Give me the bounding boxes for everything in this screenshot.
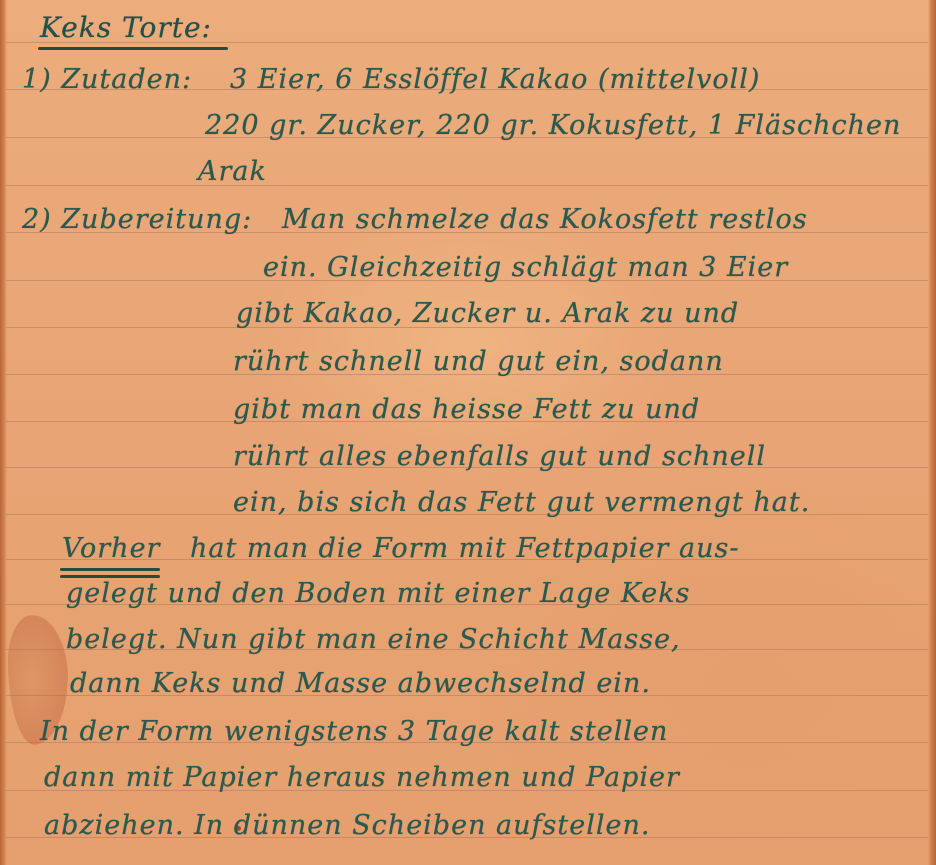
preparation-line: gibt Kakao, Zucker u. Arak zu und: [236, 300, 739, 327]
closing-line: belegt. Nun gibt man eine Schicht Masse,: [66, 626, 681, 653]
emphasis-word-vorher: Vorher: [62, 535, 160, 562]
recipe-title: Keks Torte:: [40, 14, 212, 42]
page-binding-edge-left: [0, 0, 7, 865]
notebook-page: Keks Torte: 1) Zutaden: 3 Eier, 6 Esslöf…: [0, 0, 936, 865]
emphasis-underline: [60, 568, 160, 571]
preparation-line: ein. Gleichzeitig schlägt man 3 Eier: [263, 254, 788, 281]
ingredients-line: Arak: [198, 158, 267, 185]
closing-line: gelegt und den Boden mit einer Lage Keks: [66, 580, 690, 607]
preparation-line: gibt man das heisse Fett zu und: [233, 396, 700, 423]
ingredients-line: 220 gr. Zucker, 220 gr. Kokusfett, 1 Flä…: [205, 112, 901, 139]
closing-line: dann Keks und Masse abwechselnd ein.: [70, 670, 651, 697]
ingredients-line: 3 Eier, 6 Esslöffel Kakao (mittelvoll): [230, 66, 760, 93]
preparation-label: 2) Zubereitung:: [22, 206, 252, 233]
closing-line: dann mit Papier heraus nehmen und Papier: [44, 764, 680, 791]
page-edge-right: [928, 0, 936, 865]
ruled-line: [6, 185, 928, 186]
ingredients-label: 1) Zutaden:: [22, 66, 192, 93]
closing-line: In der Form wenigstens 3 Tage kalt stell…: [40, 718, 668, 745]
title-underline: [38, 47, 228, 50]
closing-line: abziehen. In dünnen Scheiben aufstellen.: [44, 812, 650, 839]
preparation-line: rührt alles ebenfalls gut und schnell: [233, 443, 766, 470]
preparation-line: ein, bis sich das Fett gut vermengt hat.: [233, 489, 810, 516]
preparation-line: Man schmelze das Kokosfett restlos: [282, 206, 808, 233]
preparation-line: rührt schnell und gut ein, sodann: [233, 348, 724, 375]
closing-line: hat man die Form mit Fettpapier aus-: [190, 535, 740, 562]
